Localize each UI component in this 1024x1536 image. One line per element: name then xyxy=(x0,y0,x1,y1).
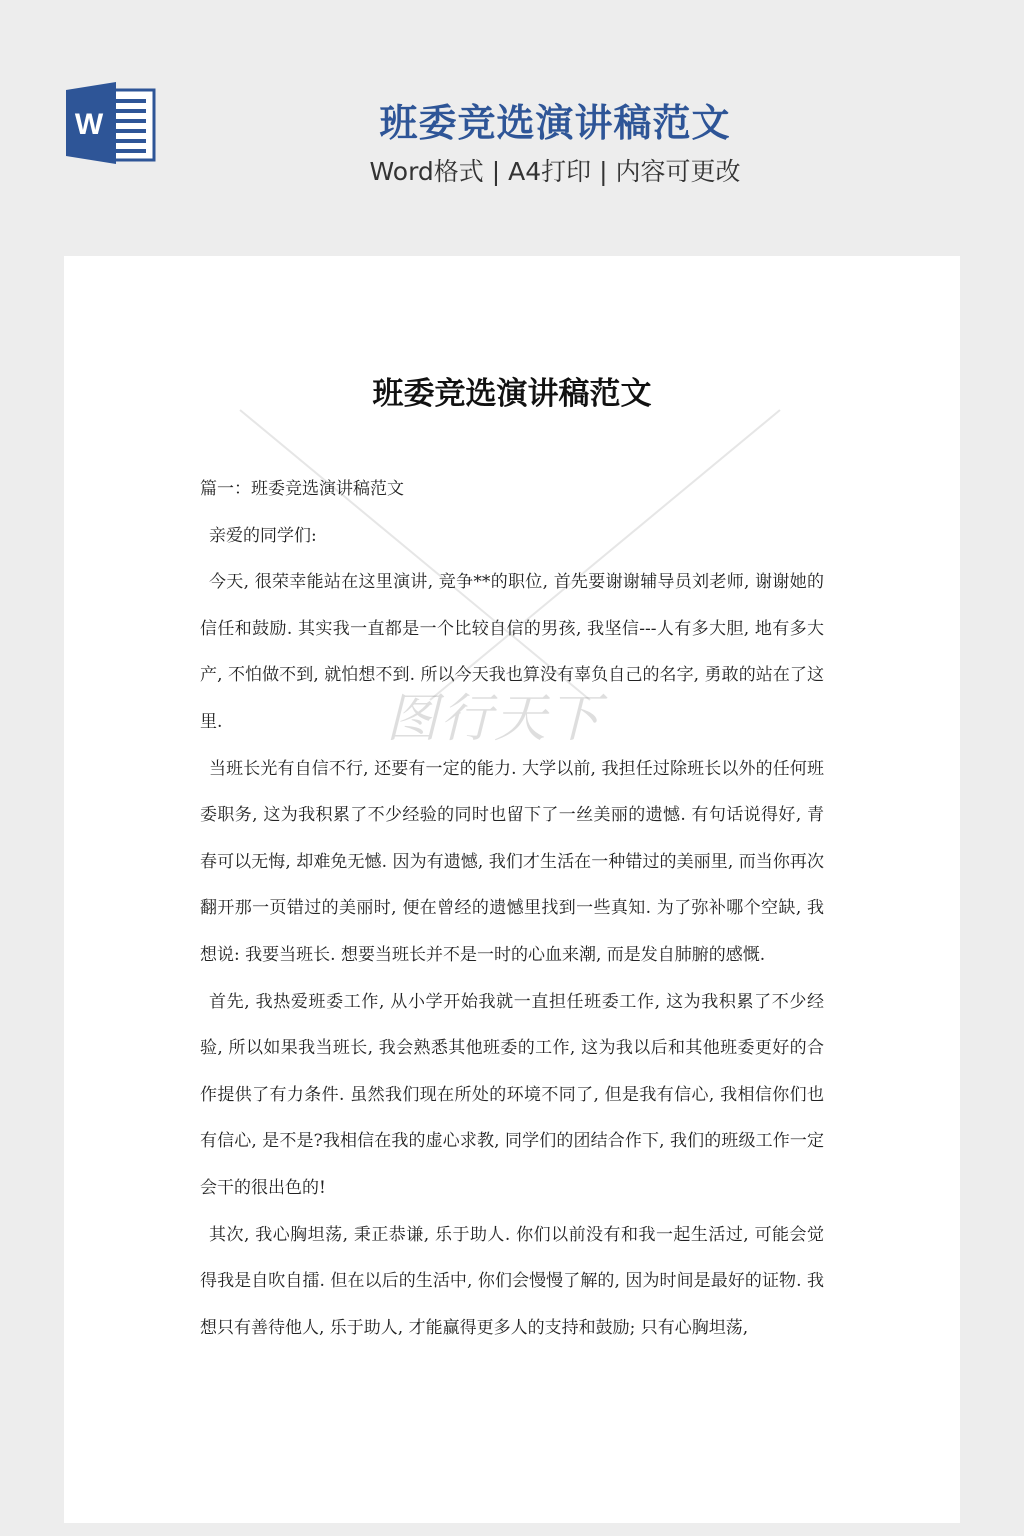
banner-subtitle: Word格式 | A4打印 | 内容可更改 xyxy=(300,152,810,188)
paragraph: 当班长光有自信不行, 还要有一定的能力. 大学以前, 我担任过除班长以外的任何班… xyxy=(200,746,824,979)
section-heading: 篇一：班委竞选演讲稿范文 xyxy=(200,466,824,513)
banner-title: 班委竞选演讲稿范文 xyxy=(300,92,810,147)
document-body: 篇一：班委竞选演讲稿范文 亲爱的同学们: 今天, 很荣幸能站在这里演讲, 竞争*… xyxy=(200,466,824,1351)
paragraph: 其次, 我心胸坦荡, 秉正恭谦, 乐于助人. 你们以前没有和我一起生活过, 可能… xyxy=(200,1212,824,1352)
svg-text:W: W xyxy=(75,108,104,141)
word-document-icon: W xyxy=(66,82,156,164)
document-page: 图行天下 班委竞选演讲稿范文 篇一：班委竞选演讲稿范文 亲爱的同学们: 今天, … xyxy=(64,256,960,1523)
salutation: 亲爱的同学们: xyxy=(200,513,824,560)
paragraph: 首先, 我热爱班委工作, 从小学开始我就一直担任班委工作, 这为我积累了不少经验… xyxy=(200,979,824,1212)
paragraph: 今天, 很荣幸能站在这里演讲, 竞争**的职位, 首先要谢谢辅导员刘老师, 谢谢… xyxy=(200,559,824,745)
document-title: 班委竞选演讲稿范文 xyxy=(64,368,960,413)
